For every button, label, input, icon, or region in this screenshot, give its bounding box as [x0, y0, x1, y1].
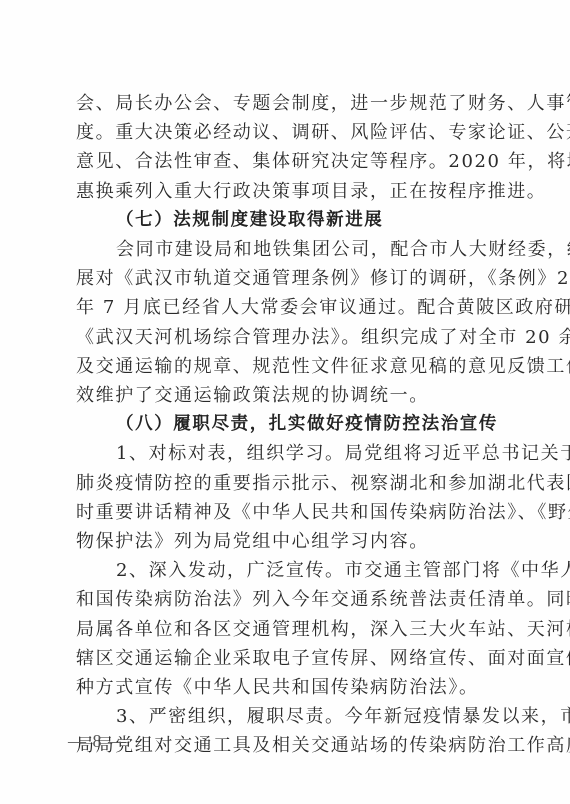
text-line: 种方式宣传《中华人民共和国传染病防治法》。	[76, 673, 500, 702]
text-line: 效维护了交通运输政策法规的协调统一。	[76, 381, 500, 410]
text-line: 《武汉天河机场综合管理办法》。组织完成了对全市 20 余件涉	[76, 323, 500, 352]
page-number: — 8 —	[68, 731, 127, 752]
section-heading-7: （七）法规制度建设取得新进展	[76, 206, 500, 235]
paragraph-continuation: 会、局长办公会、专题会制度，进一步规范了财务、人事管理制 度。重大决策必经动议、…	[76, 89, 500, 206]
text-line: 年 7 月底已经省人大常委会审议通过。配合黄陂区政府研究制定	[76, 293, 500, 322]
text-line: 肺炎疫情防控的重要指示批示、视察湖北和参加湖北代表团审议	[76, 469, 500, 498]
text-line: 惠换乘列入重大行政决策事项目录，正在按程序推进。	[76, 177, 500, 206]
text-line: 会同市建设局和地铁集团公司，配合市人大财经委，组织开	[76, 235, 500, 264]
text-line: 度。重大决策必经动议、调研、风险评估、专家论证、公开征求	[76, 118, 500, 147]
text-line: 物保护法》列为局党组中心组学习内容。	[76, 527, 500, 556]
text-line: 时重要讲话精神及《中华人民共和国传染病防治法》、《野生动	[76, 498, 500, 527]
text-line: 3、严密组织，履职尽责。今年新冠疫情暴发以来，市交通	[76, 702, 500, 731]
text-line: 2、深入发动，广泛宣传。市交通主管部门将《中华人民共	[76, 556, 500, 585]
paragraph-item-3: 3、严密组织，履职尽责。今年新冠疫情暴发以来，市交通 局局党组对交通工具及相关交…	[76, 702, 500, 760]
document-body: 会、局长办公会、专题会制度，进一步规范了财务、人事管理制 度。重大决策必经动议、…	[76, 89, 500, 761]
paragraph-item-1: 1、对标对表，组织学习。局党组将习近平总书记关于新冠 肺炎疫情防控的重要指示批示…	[76, 439, 500, 556]
section-heading-8: （八）履职尽责，扎实做好疫情防控法治宣传	[76, 410, 500, 439]
text-line: 1、对标对表，组织学习。局党组将习近平总书记关于新冠	[76, 439, 500, 468]
text-line: 展对《武汉市轨道交通管理条例》修订的调研，《条例》2020	[76, 264, 500, 293]
text-line: 局局党组对交通工具及相关交通站场的传染病防治工作高度重	[76, 731, 500, 760]
text-line: 局属各单位和各区交通管理机构，深入三大火车站、天河机场及	[76, 615, 500, 644]
text-line: 及交通运输的规章、规范性文件征求意见稿的意见反馈工作，有	[76, 352, 500, 381]
text-line: 和国传染病防治法》列入今年交通系统普法责任清单。同时组织	[76, 585, 500, 614]
text-line: 辖区交通运输企业采取电子宣传屏、网络宣传、面对面宣传等多	[76, 644, 500, 673]
document-page: 会、局长办公会、专题会制度，进一步规范了财务、人事管理制 度。重大决策必经动议、…	[0, 0, 570, 804]
paragraph-item-2: 2、深入发动，广泛宣传。市交通主管部门将《中华人民共 和国传染病防治法》列入今年…	[76, 556, 500, 702]
paragraph-regulations: 会同市建设局和地铁集团公司，配合市人大财经委，组织开 展对《武汉市轨道交通管理条…	[76, 235, 500, 410]
text-line: 会、局长办公会、专题会制度，进一步规范了财务、人事管理制	[76, 89, 500, 118]
text-line: 意见、合法性审查、集体研究决定等程序。2020 年，将地铁优	[76, 147, 500, 176]
